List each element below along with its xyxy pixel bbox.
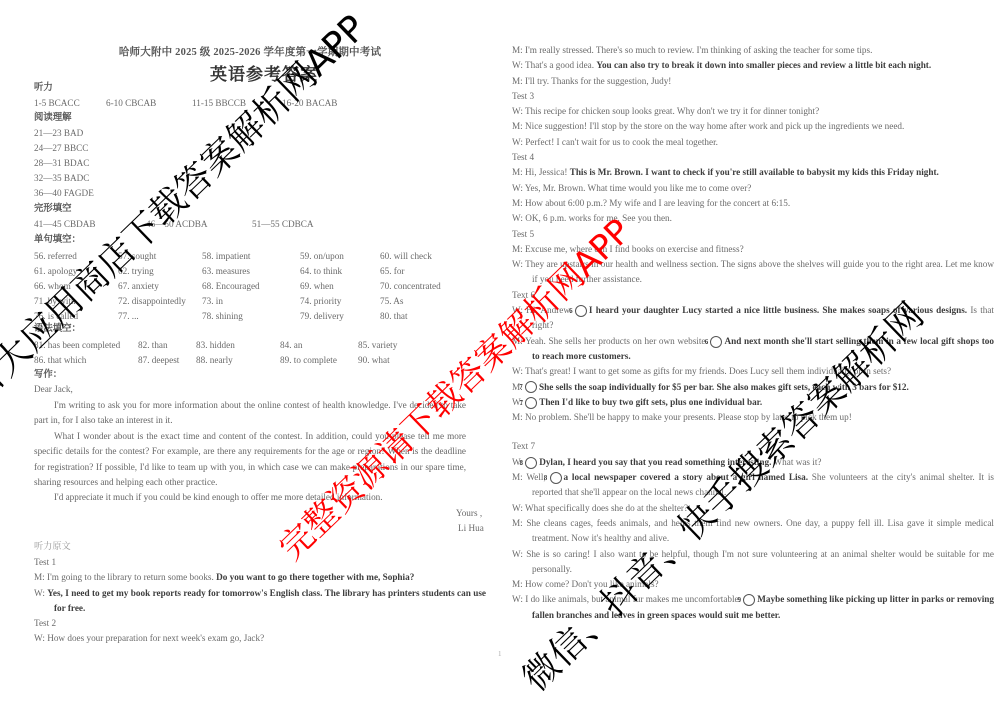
answer-group: 46—50 ACDBA <box>146 219 208 229</box>
dialogue-text: Hi, Andrew. <box>526 305 575 315</box>
speaker-label: M: <box>512 198 525 208</box>
dialogue-text: What specifically does she do at the she… <box>525 503 688 513</box>
dialogue-text: Yeah. She sells her products on her own … <box>525 336 710 346</box>
answer-cell: 62. trying <box>118 265 154 277</box>
answer-highlight: Dylan, I heard you say that you read som… <box>539 457 771 467</box>
reading-answer: 24—27 BBCC <box>34 142 88 154</box>
dialogue-text: Yes, Mr. Brown. What time would you like… <box>525 183 752 193</box>
reading-answer: 32—35 BADC <box>34 172 89 184</box>
dialogue-line: M: No problem. She'll be happy to make y… <box>512 410 994 425</box>
question-marker-icon: 6 <box>710 336 722 348</box>
test-label: Test 1 <box>34 555 466 570</box>
transcript-heading: 听力原文 <box>34 540 71 552</box>
answer-cell: 78. shining <box>202 310 243 322</box>
dialogue-line: W: 7Then I'd like to buy two gift sets, … <box>512 395 994 410</box>
listening-heading: 听力 <box>34 82 53 94</box>
dialogue-line: W: That's a good idea. You can also try … <box>512 58 994 73</box>
speaker-label: W: <box>512 366 525 376</box>
question-marker-icon: 7 <box>525 397 537 409</box>
answer-cell: 56. referred <box>34 250 77 262</box>
test-label: Test 2 <box>34 616 466 631</box>
dialogue-line: M: How come? Don't you like animals? <box>512 577 994 592</box>
answer-cell: 74. priority <box>300 295 341 307</box>
answer-cell: 90. what <box>358 354 390 366</box>
speaker-label: M: <box>512 412 525 422</box>
answer-cell: 81. has been completed <box>34 339 120 351</box>
writing-heading: 写作： <box>34 369 62 381</box>
speaker-label: W: <box>512 305 526 315</box>
answer-cell: 84. an <box>280 339 302 351</box>
answer-cell: 67. anxiety <box>118 280 159 292</box>
answer-highlight: You can also try to break it down into s… <box>596 60 931 70</box>
speaker-label: W: <box>512 60 525 70</box>
answer-cell: 59. on/upon <box>300 250 344 262</box>
answer-cell: 68. Encouraged <box>202 280 260 292</box>
speaker-label: W: <box>512 137 525 147</box>
answer-cell: 64. to think <box>300 265 342 277</box>
dialogue-line: M: I'll try. Thanks for the suggestion, … <box>512 74 994 89</box>
dialogue-text: How about 6:00 p.m.? My wife and I are l… <box>525 198 790 208</box>
answer-group: 41—45 CBDAB <box>34 219 96 229</box>
dialogue-text: That's great! I want to get some as gift… <box>525 366 891 376</box>
speaker-label: M: <box>512 579 525 589</box>
speaker-label: M: <box>512 518 526 528</box>
answer-cell: 70. concentrated <box>380 280 441 292</box>
answer-group: 51—55 CDBCA <box>252 219 314 229</box>
dialogue-line: M: Hi, Jessica! This is Mr. Brown. I wan… <box>512 165 994 180</box>
dialogue-text: Nice suggestion! I'll stop by the store … <box>525 121 904 131</box>
question-marker-icon: 7 <box>525 381 537 393</box>
dialogue-text: They are upstairs in our health and well… <box>525 259 994 284</box>
dialogue-text: I do like animals, but animal fur makes … <box>525 594 743 604</box>
speaker-label: W: <box>512 183 525 193</box>
dialogue-text: What was it? <box>771 457 821 467</box>
answer-highlight: Yes, I need to get my book reports ready… <box>47 588 486 613</box>
dialogue-text: Hi, Jessica! <box>525 167 570 177</box>
dialogue-line: W: That's great! I want to get some as g… <box>512 364 994 379</box>
writing-paragraph: I'm writing to ask you for more informat… <box>34 398 466 429</box>
writing-signature: Li Hua <box>458 522 484 534</box>
dialogue-line: W: Yes, Mr. Brown. What time would you l… <box>512 181 994 196</box>
dialogue-line: M: I'm going to the library to return so… <box>34 570 486 585</box>
speaker-label: W: <box>512 213 525 223</box>
answer-cell: 65. for <box>380 265 405 277</box>
dialogue-line: M: 7She sells the soap individually for … <box>512 380 994 395</box>
answer-cell: 60. will check <box>380 250 432 262</box>
answer-cell: 57. sought <box>118 250 156 262</box>
answer-cell: 82. than <box>138 339 168 351</box>
dialogue-line: M: How about 6:00 p.m.? My wife and I ar… <box>512 196 994 211</box>
grammar-heading: 语法填空： <box>34 323 81 335</box>
speaker-label: M: <box>512 336 525 346</box>
answer-cell: 88. nearly <box>196 354 233 366</box>
answer-cell: 71. by with <box>34 295 76 307</box>
speaker-label: M: <box>512 167 525 177</box>
left-page: 哈师大附中 2025 级 2025-2026 学年度第一学期期中考试 英语参考答… <box>34 0 466 706</box>
answer-highlight: Do you want to go there together with me… <box>216 572 414 582</box>
dialogue-text: This recipe for chicken soup looks great… <box>525 106 819 116</box>
reading-answer: 36—40 FAGDE <box>34 187 94 199</box>
dialogue-line: M: Well, 8a local newspaper covered a st… <box>512 470 994 501</box>
word-fill-heading: 单句填空： <box>34 234 81 246</box>
speaker-label: M: <box>512 244 525 254</box>
answer-cell: 79. delivery <box>300 310 344 322</box>
answer-cell: 72. disappointedly <box>118 295 186 307</box>
dialogue-text: I'm really stressed. There's so much to … <box>525 45 872 55</box>
dialogue-text: I'll try. Thanks for the suggestion, Jud… <box>525 76 671 86</box>
answer-highlight: a local newspaper covered a story about … <box>564 472 808 482</box>
reading-answer: 21—23 BAD <box>34 127 83 139</box>
dialogue-text: She cleans cages, feeds animals, and hel… <box>526 518 994 543</box>
document-title: 英语参考答案 <box>34 60 480 85</box>
answer-group: 16-20 BACAB <box>282 98 337 108</box>
answer-cell: 83. hidden <box>196 339 235 351</box>
dialogue-line: W: She is so caring! I also want to be h… <box>512 547 994 578</box>
writing-salutation: Dear Jack, <box>34 383 73 395</box>
answer-highlight: This is Mr. Brown. I want to check if yo… <box>570 167 939 177</box>
speaker-label: W: <box>34 588 47 598</box>
answer-cell: 58. impatient <box>202 250 250 262</box>
speaker-label: M: <box>512 45 525 55</box>
dialogue-text: Excuse me, where can I find books on exe… <box>525 244 744 254</box>
right-page: M: I'm really stressed. There's so much … <box>512 0 974 706</box>
dialogue-text: No problem. She'll be happy to make your… <box>525 412 852 422</box>
page-number: 1 <box>498 650 502 658</box>
answer-cell: 66. whom <box>34 280 71 292</box>
question-marker-icon: 8 <box>525 457 537 469</box>
writing-paragraph: What I wonder about is the exact time an… <box>34 429 466 490</box>
answer-cell: 75. As <box>380 295 403 307</box>
dialogue-line: W: Yes, I need to get my book reports re… <box>34 586 486 617</box>
speaker-label: M: <box>512 76 525 86</box>
dialogue-line: W: I do like animals, but animal fur mak… <box>512 592 994 623</box>
dialogue-line: W: What specifically does she do at the … <box>512 501 994 516</box>
answer-group: 1-5 BCACC <box>34 98 80 108</box>
answer-group: 6-10 CBCAB <box>106 98 156 108</box>
dialogue-line: M: She cleans cages, feeds animals, and … <box>512 516 994 547</box>
answer-cell: 69. when <box>300 280 334 292</box>
answer-cell: 63. measures <box>202 265 250 277</box>
answer-cell: 73. in <box>202 295 223 307</box>
dialogue-line: M: Nice suggestion! I'll stop by the sto… <box>512 119 994 134</box>
answer-cell: 85. variety <box>358 339 397 351</box>
answer-cell: 61. apology <box>34 265 77 277</box>
dialogue-text: How come? Don't you like animals? <box>525 579 659 589</box>
writing-closing: Yours , <box>456 507 482 519</box>
question-marker-icon: 6 <box>575 305 587 317</box>
speaker-label: W: <box>34 633 47 643</box>
speaker-label: W: <box>512 106 525 116</box>
dialogue-text: She is so caring! I also want to be help… <box>526 549 994 574</box>
answer-cell: 86. that which <box>34 354 86 366</box>
writing-paragraph: I'd appreciate it much if you could be k… <box>34 490 466 505</box>
test-label: Text 7 <box>512 439 974 454</box>
answer-cell: 89. to complete <box>280 354 337 366</box>
transcript-right: M: I'm really stressed. There's so much … <box>512 43 974 623</box>
speaker-label: W: <box>512 549 526 559</box>
dialogue-text: OK, 6 p.m. works for me. See you then. <box>525 213 672 223</box>
dialogue-line: M: Yeah. She sells her products on her o… <box>512 334 994 365</box>
answer-highlight: Then I'd like to buy two gift sets, plus… <box>539 397 762 407</box>
dialogue-text: Perfect! I can't wait for us to cook the… <box>525 137 718 147</box>
dialogue-text: How does your preparation for next week'… <box>47 633 264 643</box>
reading-answer: 28—31 BDAC <box>34 157 89 169</box>
speaker-label: M: <box>512 472 526 482</box>
answer-highlight: I heard your daughter Lucy started a nic… <box>589 305 967 315</box>
dialogue-line: W: This recipe for chicken soup looks gr… <box>512 104 994 119</box>
dialogue-line: W: How does your preparation for next we… <box>34 631 486 646</box>
school-header: 哈师大附中 2025 级 2025-2026 学年度第一学期期中考试 <box>34 44 466 59</box>
answer-group: 11-15 BBCCB <box>192 98 246 108</box>
speaker-label: W: <box>512 594 525 604</box>
dialogue-line: W: 8Dylan, I heard you say that you read… <box>512 455 994 470</box>
question-marker-icon: 9 <box>743 594 755 606</box>
transcript-left: Test 1M: I'm going to the library to ret… <box>34 555 466 647</box>
test-label: Test 4 <box>512 150 974 165</box>
speaker-label: W: <box>512 259 525 269</box>
dialogue-text: That's a good idea. <box>525 60 596 70</box>
reading-heading: 阅读理解 <box>34 112 72 124</box>
answer-cell: 77. ... <box>118 310 139 322</box>
answer-cell: 80. that <box>380 310 408 322</box>
speaker-label: M: <box>34 572 47 582</box>
test-label: Test 5 <box>512 227 974 242</box>
answer-cell: 87. deepest <box>138 354 179 366</box>
test-label: Test 3 <box>512 89 974 104</box>
cloze-heading: 完形填空 <box>34 203 72 215</box>
dialogue-line: W: They are upstairs in our health and w… <box>512 257 994 288</box>
dialogue-line: W: OK, 6 p.m. works for me. See you then… <box>512 211 994 226</box>
dialogue-text: I'm going to the library to return some … <box>47 572 216 582</box>
speaker-label: M: <box>512 121 525 131</box>
answer-cell: 76. is called <box>34 310 78 322</box>
dialogue-line: W: Hi, Andrew. 6I heard your daughter Lu… <box>512 303 994 334</box>
dialogue-line: M: Excuse me, where can I find books on … <box>512 242 994 257</box>
test-label: Text 6 <box>512 288 974 303</box>
answer-highlight: She sells the soap individually for $5 p… <box>539 382 909 392</box>
speaker-label: W: <box>512 503 525 513</box>
question-marker-icon: 8 <box>550 472 562 484</box>
dialogue-line: W: Perfect! I can't wait for us to cook … <box>512 135 994 150</box>
dialogue-line: M: I'm really stressed. There's so much … <box>512 43 994 58</box>
